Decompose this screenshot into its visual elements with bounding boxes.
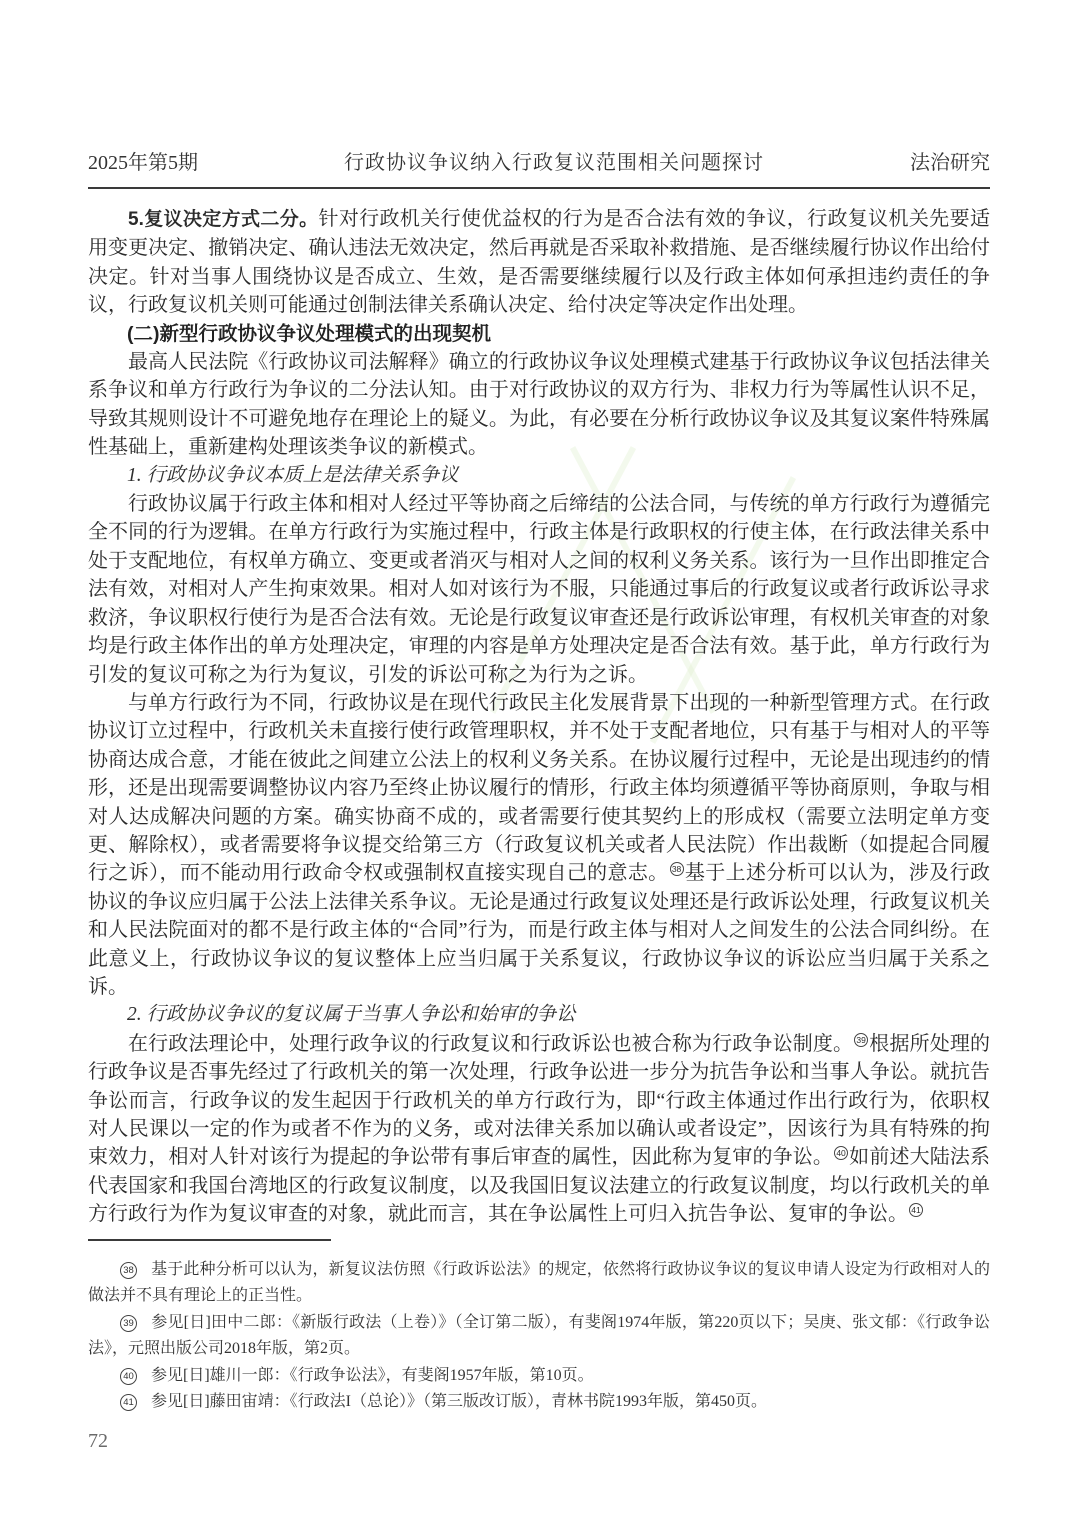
footnote: 41参见[日]藤田宙靖：《行政法I（总论）》（第三版改订版），青林书院1993年… xyxy=(88,1389,990,1416)
paragraph-text: 在行政法理论中，处理行政争议的行政复议和行政诉讼也被合称为行政争讼制度。 xyxy=(128,1033,853,1055)
footnote-text: 参见[日]田中二郎：《新版行政法（上卷）》（全订第二版），有斐阁1974年版，第… xyxy=(88,1314,990,1358)
footnote-text: 参见[日]雄川一郎：《行政争讼法》，有斐阁1957年版，第10页。 xyxy=(151,1367,594,1384)
page-number: 72 xyxy=(88,1430,990,1453)
subsection-heading: 1. 行政协议争议本质上是法律关系争议 xyxy=(88,462,990,490)
subsection-heading: 2. 行政协议争议的复议属于当事人争讼和始审的争讼 xyxy=(88,1001,990,1029)
footnote-ref-circled-number: 38 xyxy=(670,862,684,876)
paragraph: 5.复议决定方式二分。针对行政机关行使优益权的行为是否合法有效的争议，行政复议机… xyxy=(88,205,990,320)
footnote-marker-circled-number: 40 xyxy=(120,1368,137,1385)
footnote-marker-circled-number: 39 xyxy=(120,1315,137,1332)
footnote-section: 38基于此种分析可以认为，新复议法仿照《行政诉讼法》的规定，依然将行政协议争议的… xyxy=(88,1239,990,1416)
paragraph-text: 最高人民法院《行政协议司法解释》确立的行政协议争议处理模式建基于行政协议争议包括… xyxy=(88,351,990,458)
article-body: 5.复议决定方式二分。针对行政机关行使优益权的行为是否合法有效的争议，行政复议机… xyxy=(88,189,990,1229)
paragraph: 最高人民法院《行政协议司法解释》确立的行政协议争议处理模式建基于行政协议争议包括… xyxy=(88,348,990,462)
journal-issue: 2025年第5期 xyxy=(88,146,198,175)
footnote: 38基于此种分析可以认为，新复议法仿照《行政诉讼法》的规定，依然将行政协议争议的… xyxy=(88,1257,990,1310)
running-title: 行政协议争议纳入行政复议范围相关问题探讨 xyxy=(344,146,764,175)
footnote-ref-circled-number: 41 xyxy=(909,1203,923,1217)
journal-page: 2025年第5期 行政协议争议纳入行政复议范围相关问题探讨 法治研究 5.复议决… xyxy=(0,0,1080,1527)
footnote-separator xyxy=(88,1239,331,1241)
paragraph-lead-label: 5.复议决定方式二分。 xyxy=(128,209,318,230)
footnote: 40参见[日]雄川一郎：《行政争讼法》，有斐阁1957年版，第10页。 xyxy=(88,1363,990,1390)
page-header: 2025年第5期 行政协议争议纳入行政复议范围相关问题探讨 法治研究 xyxy=(88,146,990,189)
footnote-text: 基于此种分析可以认为，新复议法仿照《行政诉讼法》的规定，依然将行政协议争议的复议… xyxy=(88,1261,990,1305)
page-content: 2025年第5期 行政协议争议纳入行政复议范围相关问题探讨 法治研究 5.复议决… xyxy=(88,0,990,1453)
paragraph-text: 行政协议属于行政主体和相对人经过平等协商之后缔结的公法合同，与传统的单方行政行为… xyxy=(88,493,990,685)
footnote-ref-circled-number: 39 xyxy=(854,1033,868,1047)
footnote-marker-circled-number: 41 xyxy=(120,1394,137,1411)
section-heading: (二)新型行政协议争议处理模式的出现契机 xyxy=(88,320,990,348)
paragraph: 行政协议属于行政主体和相对人经过平等协商之后缔结的公法合同，与传统的单方行政行为… xyxy=(88,490,990,689)
footnote: 39参见[日]田中二郎：《新版行政法（上卷）》（全订第二版），有斐阁1974年版… xyxy=(88,1310,990,1363)
paragraph: 与单方行政行为不同，行政协议是在现代行政民主化发展背景下出现的一种新型管理方式。… xyxy=(88,689,990,1001)
paragraph: 在行政法理论中，处理行政争议的行政复议和行政诉讼也被合称为行政争讼制度。39根据… xyxy=(88,1030,990,1229)
footnote-marker-circled-number: 38 xyxy=(120,1262,137,1279)
journal-name: 法治研究 xyxy=(910,146,990,175)
footnote-ref-circled-number: 40 xyxy=(834,1146,848,1160)
footnote-text: 参见[日]藤田宙靖：《行政法I（总论）》（第三版改订版），青林书院1993年版，… xyxy=(151,1393,767,1410)
paragraph-text: 与单方行政行为不同，行政协议是在现代行政民主化发展背景下出现的一种新型管理方式。… xyxy=(88,692,990,884)
footnotes: 38基于此种分析可以认为，新复议法仿照《行政诉讼法》的规定，依然将行政协议争议的… xyxy=(88,1257,990,1416)
